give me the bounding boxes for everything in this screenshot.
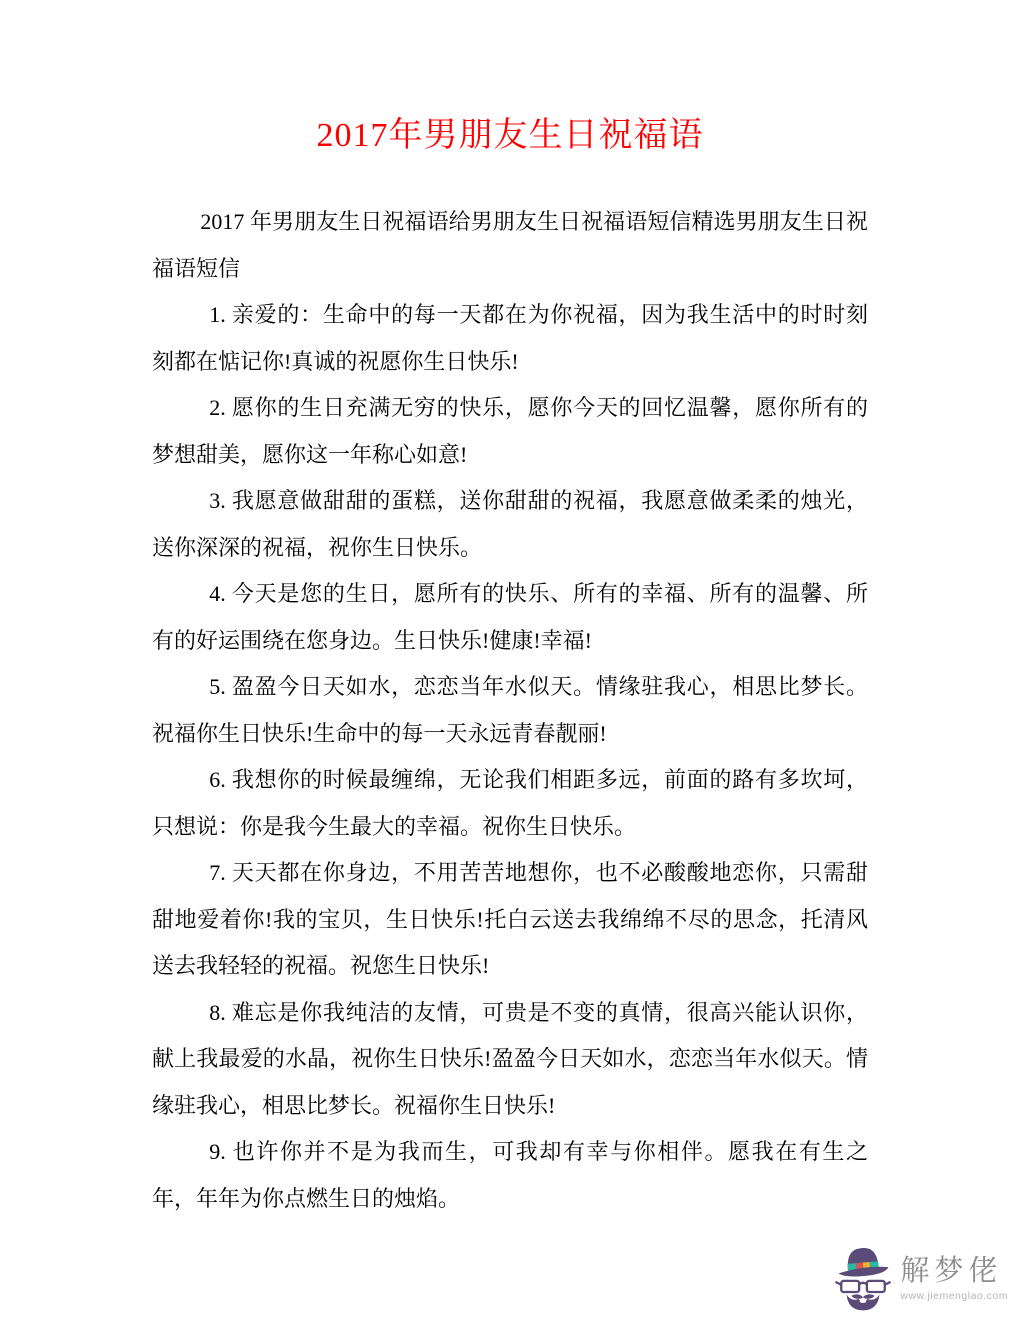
wish-item-3: 3. 我愿意做甜甜的蛋糕，送你甜甜的祝福，我愿意做柔柔的烛光，送你深深的祝福，祝… xyxy=(152,478,868,571)
wish-item-6: 6. 我想你的时候最缠绵，无论我们相距多远，前面的路有多坎坷，只想说：你是我今生… xyxy=(152,757,868,850)
wish-item-2: 2. 愿你的生日充满无穷的快乐，愿你今天的回忆温馨，愿你所有的梦想甜美，愿你这一… xyxy=(152,385,868,478)
wish-item-9: 9. 也许你并不是为我而生，可我却有幸与你相伴。愿我在有生之年，年年为你点燃生日… xyxy=(152,1129,868,1222)
intro-paragraph: 2017 年男朋友生日祝福语给男朋友生日祝福语短信精选男朋友生日祝福语短信 xyxy=(152,199,868,292)
hipster-face-icon xyxy=(834,1244,892,1312)
wish-item-8: 8. 难忘是你我纯洁的友情，可贵是不变的真情，很高兴能认识你，献上我最爱的水晶，… xyxy=(152,990,868,1130)
watermark: 解梦佬 www.jiemenglao.com xyxy=(834,1244,1008,1312)
wish-item-7: 7. 天天都在你身边，不用苦苦地想你，也不必酸酸地恋你，只需甜甜地爱着你!我的宝… xyxy=(152,850,868,990)
wish-item-4: 4. 今天是您的生日，愿所有的快乐、所有的幸福、所有的温馨、所有的好运围绕在您身… xyxy=(152,571,868,664)
wish-item-5: 5. 盈盈今日天如水，恋恋当年水似天。情缘驻我心，相思比梦长。祝福你生日快乐!生… xyxy=(152,664,868,757)
document-body: 2017 年男朋友生日祝福语给男朋友生日祝福语短信精选男朋友生日祝福语短信 1.… xyxy=(152,199,868,1222)
page-title: 2017年男朋友生日祝福语 xyxy=(152,113,868,159)
watermark-url: www.jiemenglao.com xyxy=(900,1289,1008,1303)
watermark-brand: 解梦佬 xyxy=(900,1253,1002,1289)
document-page: 2017年男朋友生日祝福语 2017 年男朋友生日祝福语给男朋友生日祝福语短信精… xyxy=(0,0,1020,1320)
wish-item-1: 1. 亲爱的：生命中的每一天都在为你祝福，因为我生活中的时时刻刻都在惦记你!真诚… xyxy=(152,292,868,385)
watermark-text: 解梦佬 www.jiemenglao.com xyxy=(900,1253,1008,1303)
